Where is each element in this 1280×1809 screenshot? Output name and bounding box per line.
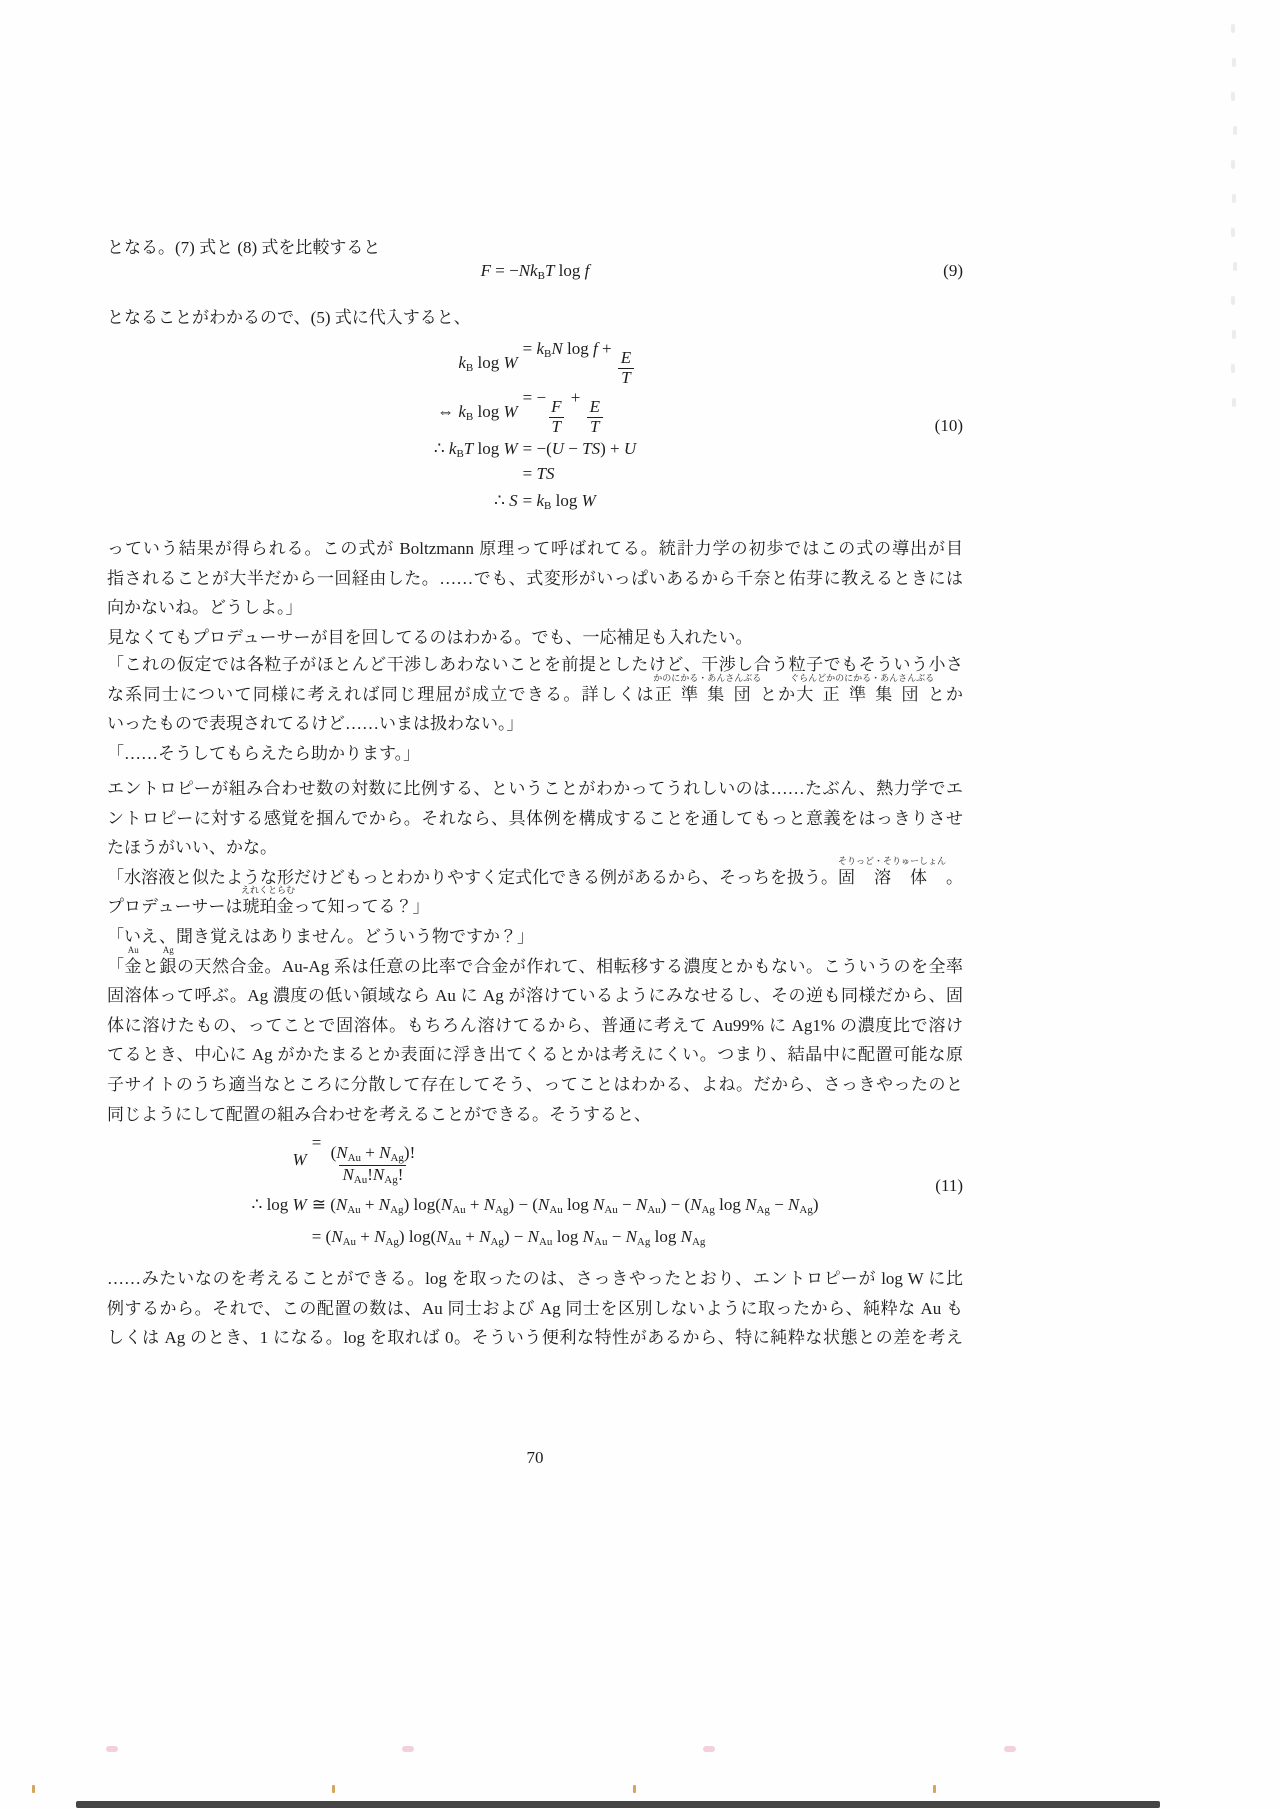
eq10-row3-lhs: ∴ kBT log W xyxy=(434,439,518,460)
equation-10-body: kB log W = kBN log f + ET ⇔ kB log W = −… xyxy=(434,338,636,516)
text-line: 「いえ、聞き覚えはありません。どういう物ですか？」 xyxy=(107,922,963,952)
eq11-row1-lhs: W xyxy=(293,1150,307,1170)
eq10-row4-rhs: = TS xyxy=(523,464,555,484)
scan-artifact xyxy=(1231,24,1235,33)
eq10-row1-rhs: = kBN log f + ET xyxy=(523,339,637,387)
paragraph-ensemble: 「これの仮定では各粒子がほとんど干渉しあわないことを前提としたけど、干渉し合う粒… xyxy=(107,650,963,768)
eq10-row5-rhs: = kB log W xyxy=(523,491,596,512)
text-line: てるとき、中心に Ag がかたまるとか表面に浮き出てくるとかは考えにくい。つまり… xyxy=(107,1040,963,1070)
equation-9-number: (9) xyxy=(943,261,963,281)
scan-artifact xyxy=(1232,194,1236,203)
scan-artifact xyxy=(1231,92,1235,101)
eq11-row3-rhs: = (NAu + NAg) log(NAu + NAg) − NAu log N… xyxy=(312,1227,706,1248)
equation-9-body: F = −NkBT log f xyxy=(481,261,590,282)
page-number: 70 xyxy=(107,1448,963,1468)
paragraph-boltzmann: っていう結果が得られる。この式が Boltzmann 原理って呼ばれてる。統計力… xyxy=(107,534,963,652)
text-line-with-ruby: な系同士について同様に考えれば同じ理屈が成立できる。詳しくは正準集団かのにかる・… xyxy=(107,680,963,710)
text-line-with-ruby: 「水溶液と似たような形だけどもっとわかりやすく定式化できる例があるから、そっちを… xyxy=(107,863,963,893)
paragraph-solid-solution: エントロピーが組み合わせ数の対数に比例する、ということがわかってうれしいのは……… xyxy=(107,774,963,1129)
eq10-row2-rhs: = −FT + ET xyxy=(523,388,605,436)
scan-artifact xyxy=(1231,296,1235,305)
text-line: 同じようにして配置の組み合わせを考えることができる。そうすると、 xyxy=(107,1100,963,1130)
text-line: 「……そうしてもらえたら助かります。」 xyxy=(107,739,963,769)
scan-artifact xyxy=(703,1746,715,1752)
scan-artifact xyxy=(633,1785,636,1793)
equation-10: kB log W = kBN log f + ET ⇔ kB log W = −… xyxy=(107,338,963,518)
text-line-with-ruby: 「金Auと銀Agの天然合金。Au-Ag 系は任意の比率で合金が作れて、相転移する… xyxy=(107,952,963,982)
text-line: しくは Ag のとき、1 になる。log を取れば 0。そういう便利な特性がある… xyxy=(107,1323,963,1353)
eq11-row2-lhs: ∴ log W xyxy=(252,1195,307,1215)
eq10-row3-rhs: = −(U − TS) + U xyxy=(523,439,636,459)
equation-11: W = (NAu + NAg)!NAu!NAg! ∴ log W ≅ (NAu … xyxy=(107,1132,963,1256)
scan-artifact xyxy=(32,1785,35,1793)
equation-9: F = −NkBT log f (9) xyxy=(107,254,963,288)
eq10-row5-lhs: ∴ S xyxy=(494,491,518,511)
scan-artifact xyxy=(332,1785,335,1793)
scan-artifact xyxy=(1231,160,1235,169)
eq10-row2-lhs: ⇔ kB log W xyxy=(437,402,518,423)
text-line: 向かないね。どうしよ。」 xyxy=(107,593,963,623)
scan-artifact xyxy=(1233,262,1237,271)
text-line: エントロピーが組み合わせ数の対数に比例する、ということがわかってうれしいのは……… xyxy=(107,774,963,804)
scan-artifact xyxy=(1232,58,1236,67)
eq11-row2-rhs: ≅ (NAu + NAg) log(NAu + NAg) − (NAu log … xyxy=(312,1195,819,1216)
equation-11-number: (11) xyxy=(935,1176,963,1196)
text-line: いったもので表現されてるけど……いまは扱わない。」 xyxy=(107,709,963,739)
scan-artifact xyxy=(402,1746,414,1752)
scan-artifact xyxy=(1232,398,1236,407)
scan-artifact xyxy=(1233,126,1237,135)
eq11-row1-rhs: = (NAu + NAg)!NAu!NAg! xyxy=(312,1133,421,1186)
paragraph-final: ……みたいなのを考えることができる。log を取ったのは、さっきやったとおり、エ… xyxy=(107,1264,963,1353)
scan-artifact xyxy=(1232,330,1236,339)
text-line: たほうがいい、かな。 xyxy=(107,833,963,863)
text-line: 体に溶けたもの、ってことで固溶体。もちろん溶けてるから、普通に考えて Au99%… xyxy=(107,1011,963,1041)
scanned-document-page: となる。(7) 式と (8) 式を比較すると F = −NkBT log f (… xyxy=(0,0,1280,1809)
text-line: 指されることが大半だから一回経由した。……でも、式変形がいっぱいあるから千奈と佑… xyxy=(107,564,963,594)
eq10-row1-lhs: kB log W xyxy=(458,353,517,374)
text-line: ……みたいなのを考えることができる。log を取ったのは、さっきやったとおり、エ… xyxy=(107,1264,963,1294)
scan-artifact xyxy=(106,1746,118,1752)
text-line: 見なくてもプロデューサーが目を回してるのはわかる。でも、一応補足も入れたい。 xyxy=(107,623,963,653)
text-line: 例するから。それで、この配置の数は、Au 同士および Ag 同士を区別しないよう… xyxy=(107,1294,963,1324)
text-line: となることがわかるので、(5) 式に代入すると、 xyxy=(107,303,963,333)
equation-11-body: W = (NAu + NAg)!NAu!NAg! ∴ log W ≅ (NAu … xyxy=(252,1132,819,1252)
scan-edge-strip xyxy=(76,1801,1160,1808)
text-line: っていう結果が得られる。この式が Boltzmann 原理って呼ばれてる。統計力… xyxy=(107,534,963,564)
text-line: 子サイトのうち適当なところに分散して存在してそう、ってことはわかる、よね。だから… xyxy=(107,1070,963,1100)
text-line-with-ruby: プロデューサーは琥珀金えれくとらむって知ってる？」 xyxy=(107,892,963,922)
text-line: ントロピーに対する感覚を掴んでから。それなら、具体例を構成することを通してもっと… xyxy=(107,804,963,834)
scan-artifact xyxy=(933,1785,936,1793)
equation-10-number: (10) xyxy=(935,416,963,436)
scan-artifact xyxy=(1004,1746,1016,1752)
scan-artifact xyxy=(1231,364,1235,373)
scan-artifact xyxy=(1231,228,1235,237)
text-line: 固溶体って呼ぶ。Ag 濃度の低い領域なら Au に Ag が溶けているようにみな… xyxy=(107,981,963,1011)
